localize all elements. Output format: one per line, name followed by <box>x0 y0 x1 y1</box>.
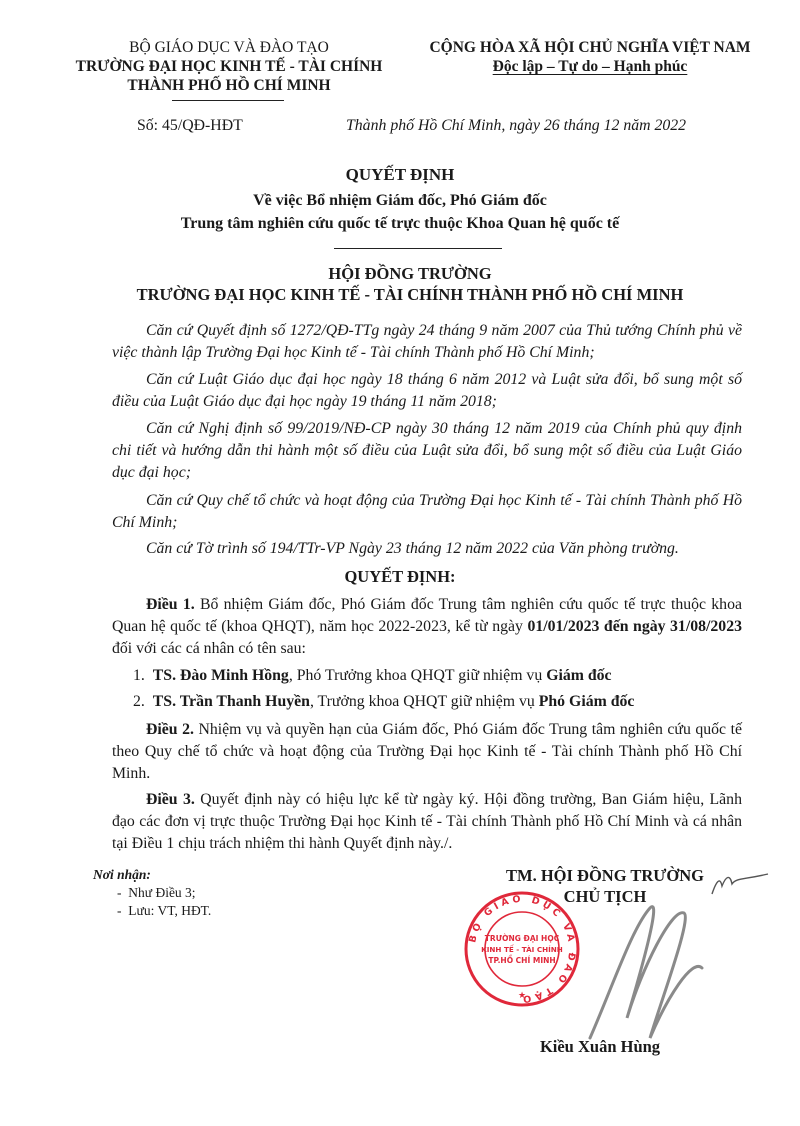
ministry-name: BỘ GIÁO DỤC VÀ ĐÀO TẠO <box>60 38 398 57</box>
subject-line2: Trung tâm nghiên cứu quốc tế trực thuộc … <box>80 213 720 235</box>
document-title: QUYẾT ĐỊNH <box>100 164 700 186</box>
subject-line1: Về việc Bổ nhiệm Giám đốc, Phó Giám đốc <box>80 190 720 212</box>
signatory-title: CHỦ TỊCH <box>470 887 740 907</box>
article-1: Điều 1. Bổ nhiệm Giám đốc, Phó Giám đốc … <box>112 594 742 660</box>
nation-name: CỘNG HÒA XÃ HỘI CHỦ NGHĨA VIỆT NAM <box>404 38 776 57</box>
svg-text:TP.HỒ CHÍ MINH: TP.HỒ CHÍ MINH <box>488 955 555 965</box>
authority-line2: TRƯỜNG ĐẠI HỌC KINH TẾ - TÀI CHÍNH THÀNH… <box>60 285 760 305</box>
appointment-period: 01/01/2023 đến ngày 31/08/2023 <box>527 618 742 635</box>
appointee-role: Phó Giám đốc <box>539 693 635 710</box>
national-header: CỘNG HÒA XÃ HỘI CHỦ NGHĨA VIỆT NAM Độc l… <box>404 38 776 76</box>
appointee-role: Giám đốc <box>546 667 611 684</box>
national-motto: Độc lập – Tự do – Hạnh phúc <box>404 57 776 76</box>
appointee-2: 2. TS. Trần Thanh Huyền, Trưởng khoa QHQ… <box>133 692 634 712</box>
appointee-1: 1. TS. Đào Minh Hồng, Phó Trưởng khoa QH… <box>133 666 612 686</box>
signatory-name: Kiều Xuân Hùng <box>480 1037 720 1057</box>
document-number: Số: 45/QĐ-HĐT <box>137 116 243 136</box>
recipient-item: - Như Điều 3; <box>93 884 211 902</box>
recipients-label: Nơi nhận: <box>93 866 211 884</box>
decision-heading: QUYẾT ĐỊNH: <box>100 567 700 587</box>
article-3-label: Điều 3. <box>146 791 195 808</box>
authority-line1: HỘI ĐỒNG TRƯỜNG <box>80 264 740 284</box>
svg-text:TRƯỜNG ĐẠI HỌC: TRƯỜNG ĐẠI HỌC <box>485 934 560 943</box>
recipients-block: Nơi nhận: - Như Điều 3; - Lưu: VT, HĐT. <box>93 866 211 920</box>
handwritten-signature-icon <box>572 888 732 1048</box>
article-2: Điều 2. Nhiệm vụ và quyền hạn của Giám đ… <box>112 719 742 785</box>
svg-text:KINH TẾ - TÀI CHÍNH: KINH TẾ - TÀI CHÍNH <box>481 944 563 954</box>
signatory-on-behalf: TM. HỘI ĐỒNG TRƯỜNG <box>470 866 740 886</box>
article-2-label: Điều 2. <box>146 721 194 738</box>
basis-1: Căn cứ Quyết định số 1272/QĐ-TTg ngày 24… <box>112 320 742 364</box>
appointee-name: TS. Đào Minh Hồng <box>153 667 289 684</box>
issuer-block: BỘ GIÁO DỤC VÀ ĐÀO TẠO TRƯỜNG ĐẠI HỌC KI… <box>60 38 398 95</box>
recipient-item: - Lưu: VT, HĐT. <box>93 902 211 920</box>
issuer-underline <box>172 100 284 101</box>
university-name-line1: TRƯỜNG ĐẠI HỌC KINH TẾ - TÀI CHÍNH <box>60 57 398 76</box>
basis-3: Căn cứ Nghị định số 99/2019/NĐ-CP ngày 3… <box>112 418 742 484</box>
article-3: Điều 3. Quyết định này có hiệu lực kể từ… <box>112 789 742 855</box>
place-and-date: Thành phố Hồ Chí Minh, ngày 26 tháng 12 … <box>346 116 686 136</box>
basis-4: Căn cứ Quy chế tổ chức và hoạt động của … <box>112 490 742 534</box>
basis-5: Căn cứ Tờ trình số 194/TTr-VP Ngày 23 th… <box>112 538 742 560</box>
university-name-line2: THÀNH PHỐ HỒ CHÍ MINH <box>60 76 398 95</box>
basis-2: Căn cứ Luật Giáo dục đại học ngày 18 thá… <box>112 369 742 413</box>
title-underline <box>334 248 502 249</box>
svg-text:★: ★ <box>518 990 526 1000</box>
article-1-label: Điều 1. <box>146 596 195 613</box>
appointee-name: TS. Trần Thanh Huyền <box>153 693 310 710</box>
official-stamp-icon: BỘ GIÁO DỤC VÀ ĐÀO TẠO TRƯỜNG ĐẠI HỌC KI… <box>463 890 581 1008</box>
